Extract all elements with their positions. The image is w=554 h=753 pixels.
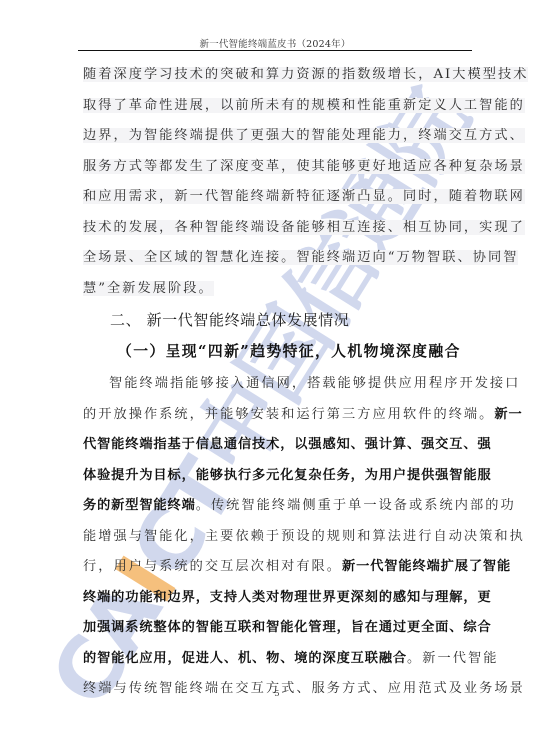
text-line: 随着深度学习技术的突破和算力资源的指数级增长，AI大模型技术 xyxy=(83,64,463,95)
line-text: 智能终端指能够接入通信网，搭载能够提供应用程序开发接口 xyxy=(109,376,520,391)
running-header: 新一代智能终端蓝皮书（2024年） xyxy=(78,36,472,50)
line-text: 行，用户与系统的交互层次相对有限。 xyxy=(83,559,342,574)
header-rule xyxy=(78,50,472,51)
line-text: 的开放操作系统，并能够安装和运行第三方应用软件的终端。 xyxy=(83,407,494,422)
page-content: 随着深度学习技术的突破和算力资源的指数级增长，AI大模型技术 取得了革命性进展，… xyxy=(83,64,463,709)
text-line: 务的新型智能终端。传统智能终端侧重于单一设备或系统内部的功 xyxy=(83,495,463,526)
line-text-bold: 加强调系统整体的智能互联和智能化管理，旨在通过更全面、综合 xyxy=(83,620,492,635)
text-line: 和应用需求，新一代智能终端新特征逐渐凸显。同时，随着物联网 xyxy=(83,186,463,217)
line-text-bold: 新一代智能终端扩展了智能 xyxy=(342,559,511,574)
line-text: 服务方式等都发生了深度变革，使其能够更好地适应各种复杂场景 xyxy=(83,159,525,174)
line-text: 和应用需求，新一代智能终端新特征逐渐凸显。同时，随着物联网 xyxy=(83,189,525,204)
line-text-bold: 务的新型智能终端 xyxy=(83,498,196,513)
text-line: 代智能终端指基于信息通信技术，以强感知、强计算、强交互、强 xyxy=(83,434,463,465)
text-line: 服务方式等都发生了深度变革，使其能够更好地适应各种复杂场景 xyxy=(83,156,463,187)
line-text: 取得了革命性进展，以前所未有的规模和性能重新定义人工智能的 xyxy=(83,98,525,113)
page-number: 5 xyxy=(0,689,554,699)
line-text: 全场景、全区域的智慧化连接。智能终端迈向“万物智联、协同智 xyxy=(83,250,518,265)
line-text: 。新一代智能 xyxy=(407,651,498,666)
text-line: 体验提升为目标，能够执行多元化复杂任务，为用户提供强智能服 xyxy=(83,465,463,496)
line-text: 。传统智能终端侧重于单一设备或系统内部的功 xyxy=(196,498,516,513)
line-text: 随着深度学习技术的突破和算力资源的指数级增长，AI大模型技术 xyxy=(83,67,528,82)
text-line: 的智能化应用，促进人、机、物、境的深度互联融合。新一代智能 xyxy=(83,648,463,679)
line-text-bold: 终端的功能和边界，支持人类对物理世界更深刻的感知与理解，更 xyxy=(83,590,492,605)
line-text-bold: 新一 xyxy=(494,407,522,422)
text-line: 取得了革命性进展，以前所未有的规模和性能重新定义人工智能的 xyxy=(83,95,463,126)
text-line: 行，用户与系统的交互层次相对有限。新一代智能终端扩展了智能 xyxy=(83,556,463,587)
line-text: 边界，为智能终端提供了更强大的智能处理能力，终端交互方式、 xyxy=(83,128,525,143)
text-line: 慧”全新发展阶段。 xyxy=(83,278,463,309)
paragraph-definition: 智能终端指能够接入通信网，搭载能够提供应用程序开发接口 的开放操作系统，并能够安… xyxy=(83,373,463,709)
document-page: CAICT中国信通院 新一代智能终端蓝皮书（2024年） 随着深度学习技术的突破… xyxy=(0,0,554,753)
text-line: 终端的功能和边界，支持人类对物理世界更深刻的感知与理解，更 xyxy=(83,587,463,618)
text-line: 全场景、全区域的智慧化连接。智能终端迈向“万物智联、协同智 xyxy=(83,247,463,278)
text-line: 智能终端指能够接入通信网，搭载能够提供应用程序开发接口 xyxy=(83,373,463,404)
line-text: 技术的发展，各种智能终端设备能够相互连接、相互协同，实现了 xyxy=(83,220,525,235)
text-line: 能增强与智能化，主要依赖于预设的规则和算法进行自动决策和执 xyxy=(83,526,463,557)
paragraph-intro: 随着深度学习技术的突破和算力资源的指数级增长，AI大模型技术 取得了革命性进展，… xyxy=(83,64,463,308)
text-line: 的开放操作系统，并能够安装和运行第三方应用软件的终端。新一 xyxy=(83,404,463,435)
line-text: 能增强与智能化，主要依赖于预设的规则和算法进行自动决策和执 xyxy=(83,529,525,544)
text-line: 边界，为智能终端提供了更强大的智能处理能力，终端交互方式、 xyxy=(83,125,463,156)
subsection-heading: （一）呈现“四新”趋势特征，人机物境深度融合 xyxy=(83,340,463,373)
text-line: 加强调系统整体的智能互联和智能化管理，旨在通过更全面、综合 xyxy=(83,617,463,648)
text-line: 技术的发展，各种智能终端设备能够相互连接、相互协同，实现了 xyxy=(83,217,463,248)
line-text-bold: 代智能终端指基于信息通信技术，以强感知、强计算、强交互、强 xyxy=(83,437,492,452)
line-text-bold: 体验提升为目标，能够执行多元化复杂任务，为用户提供强智能服 xyxy=(83,468,492,483)
line-text-bold: 的智能化应用，促进人、机、物、境的深度互联融合 xyxy=(83,651,407,666)
section-heading: 二、 新一代智能终端总体发展情况 xyxy=(83,308,463,340)
line-text: 慧”全新发展阶段。 xyxy=(83,281,214,296)
